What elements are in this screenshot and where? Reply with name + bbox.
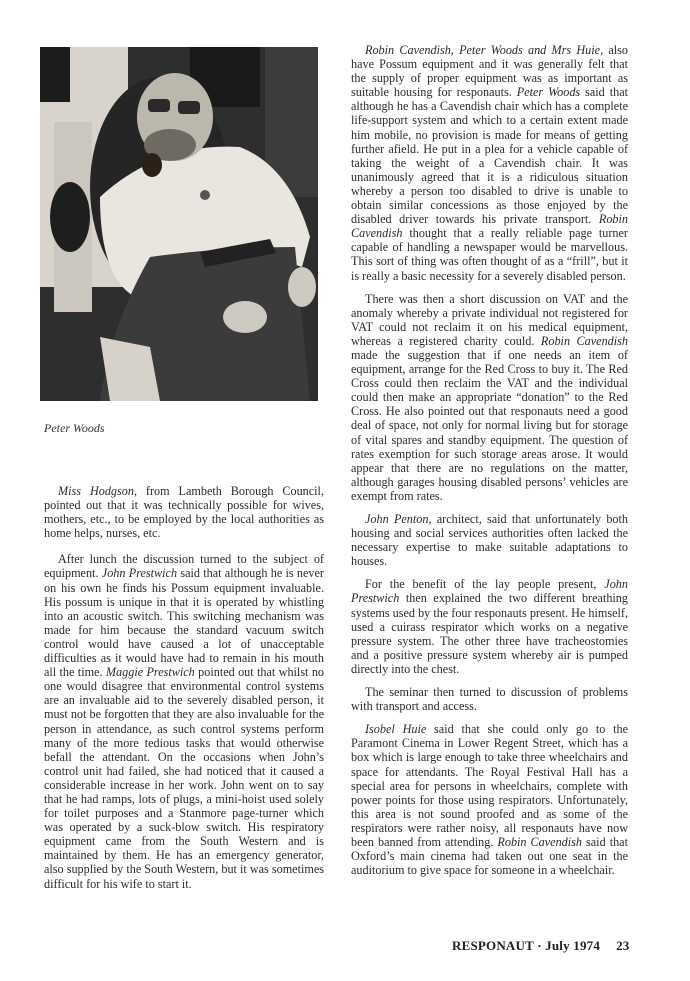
paragraph-text: For the benefit of the lay people presen… <box>365 577 604 591</box>
speaker-name: John Penton, <box>365 512 432 526</box>
portrait-image <box>40 47 318 401</box>
paragraph-john-penton: John Penton, architect, said that unfort… <box>351 512 628 568</box>
paragraph-text: The seminar then turned to discussion of… <box>351 685 628 713</box>
paragraph-breathing-systems: For the benefit of the lay people presen… <box>351 577 628 676</box>
page-footer: RESPONAUT · July 197423 <box>452 938 629 954</box>
speaker-name: Robin Cavendish, Peter Woods and Mrs Hui… <box>365 43 603 57</box>
paragraph-vat: There was then a short discussion on VAT… <box>351 292 628 503</box>
paragraph-isobel-huie: Isobel Huie said that she could only go … <box>351 722 628 877</box>
right-column: Robin Cavendish, Peter Woods and Mrs Hui… <box>351 43 628 886</box>
paragraph-text: made the suggestion that if one needs an… <box>351 348 628 503</box>
paragraph-transport: The seminar then turned to discussion of… <box>351 685 628 713</box>
speaker-name: John Prestwich <box>102 566 177 580</box>
paragraph-text: pointed out that whilst no one would dis… <box>44 665 324 890</box>
speaker-name: Isobel Huie <box>365 722 426 736</box>
paragraph-equipment: After lunch the discussion turned to the… <box>44 552 324 890</box>
photo-caption: Peter Woods <box>44 421 105 436</box>
speaker-name: Robin Cavendish <box>541 334 628 348</box>
speaker-name: Peter Woods <box>517 85 580 99</box>
paragraph-possum-equipment: Robin Cavendish, Peter Woods and Mrs Hui… <box>351 43 628 283</box>
publication-info: RESPONAUT · July 1974 <box>452 938 600 953</box>
photo-peter-woods <box>40 47 318 401</box>
paragraph-text: said that although he is never on his ow… <box>44 566 324 679</box>
speaker-name: Maggie Prestwich <box>106 665 195 679</box>
speaker-name: Robin Cavendish <box>497 835 582 849</box>
paragraph-text: said that although he has a Cavendish ch… <box>351 85 628 226</box>
paragraph-text: said that she could only go to the Param… <box>351 722 628 849</box>
left-column: Miss Hodgson, from Lambeth Borough Counc… <box>44 484 324 900</box>
page-number: 23 <box>616 938 629 953</box>
paragraph-miss-hodgson: Miss Hodgson, from Lambeth Borough Counc… <box>44 484 324 540</box>
speaker-name: Miss Hodgson, <box>58 484 137 498</box>
